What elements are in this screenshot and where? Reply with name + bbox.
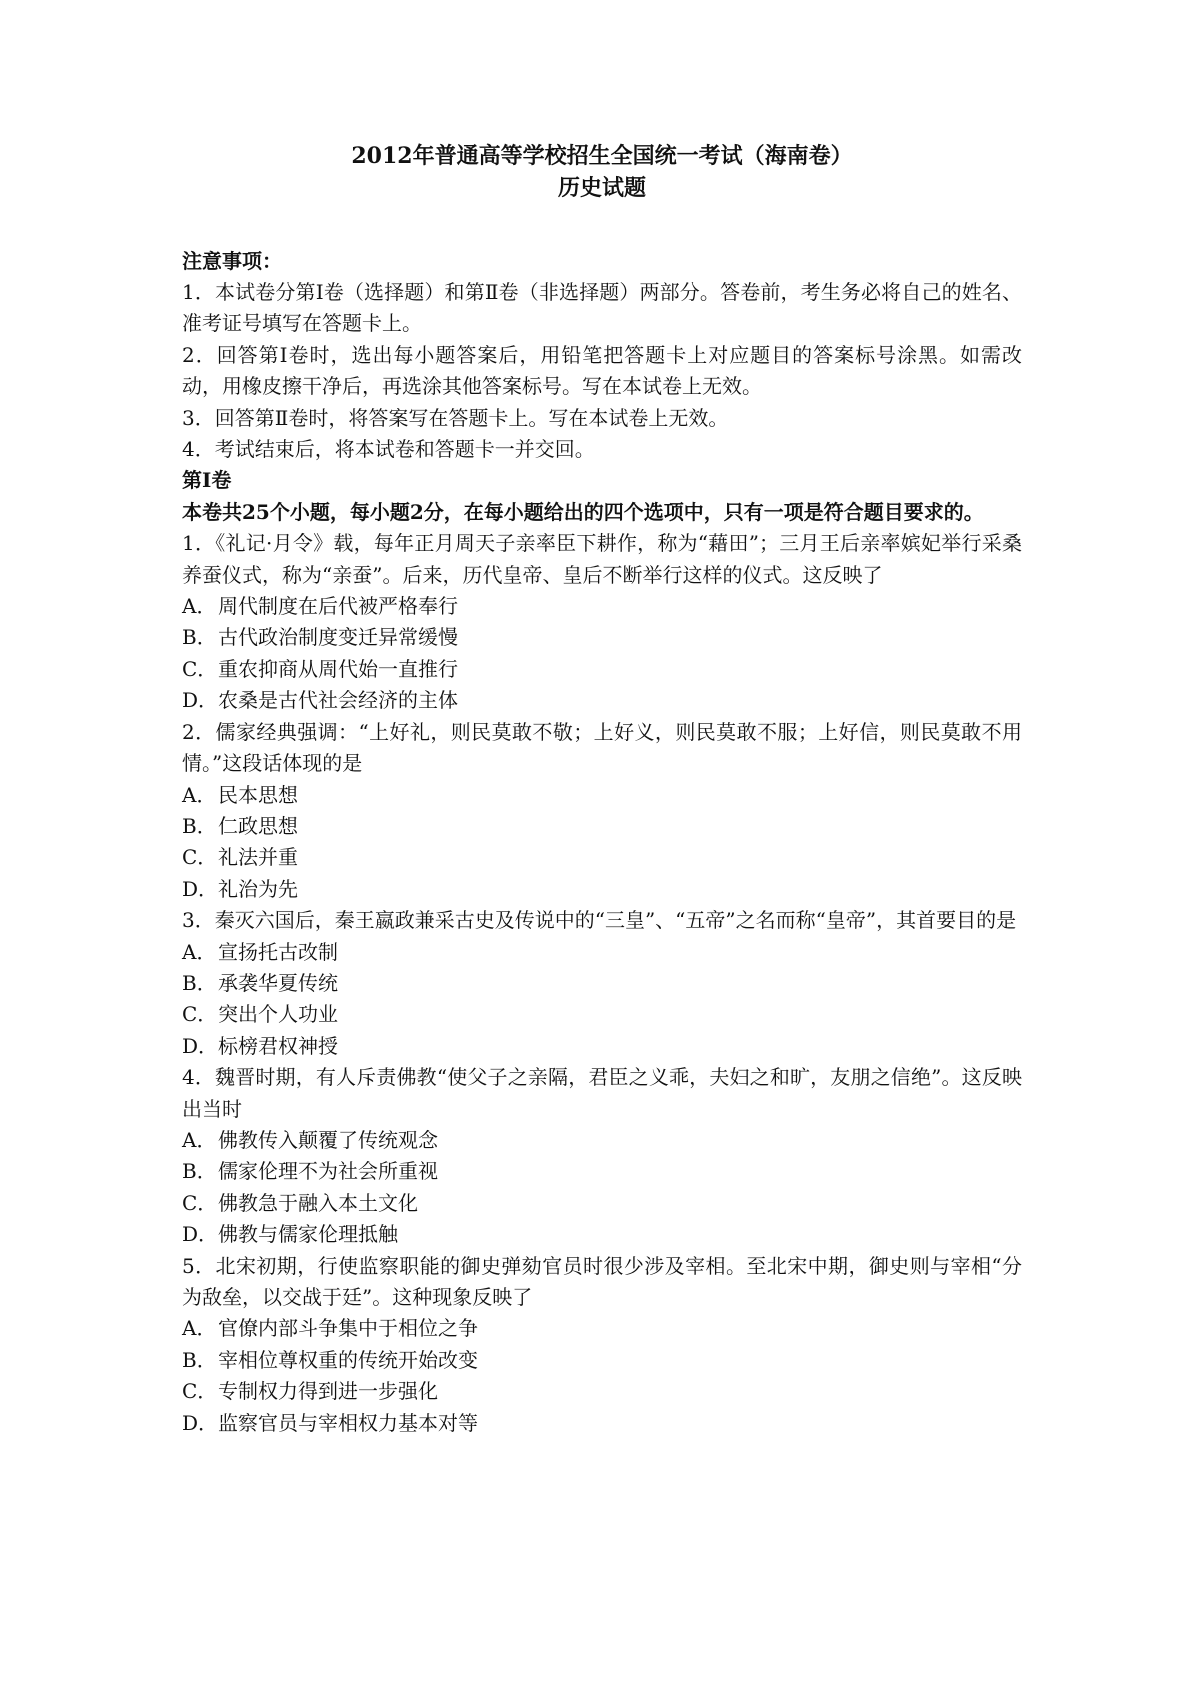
question-stem: 4．魏晋时期，有人斥责佛教“使父子之亲隔，君臣之义乖，夫妇之和旷，友朋之信绝”。… <box>182 1062 1022 1125</box>
option-text: 宰相位尊权重的传统开始改变 <box>218 1348 478 1372</box>
notice-item: 1．本试卷分第Ⅰ卷（选择题）和第Ⅱ卷（非选择题）两部分。答卷前，考生务必将自己的… <box>182 277 1022 340</box>
notice-item: 2．回答第Ⅰ卷时，选出每小题答案后，用铅笔把答题卡上对应题目的答案标号涂黑。如需… <box>182 340 1022 403</box>
exam-page: 2012年普通高等学校招生全国统一考试（海南卷） 历史试题 注意事项： 1．本试… <box>182 140 1022 1439</box>
title-block: 2012年普通高等学校招生全国统一考试（海南卷） 历史试题 <box>182 140 1022 204</box>
question-4: 4．魏晋时期，有人斥责佛教“使父子之亲隔，君臣之义乖，夫妇之和旷，友朋之信绝”。… <box>182 1062 1022 1250</box>
option-b: B．宰相位尊权重的传统开始改变 <box>182 1345 1022 1376</box>
question-stem: 1．《礼记·月令》载，每年正月周天子亲率臣下耕作，称为“藉田”；三月王后亲率嫔妃… <box>182 528 1022 591</box>
option-b: B．儒家伦理不为社会所重视 <box>182 1156 1022 1187</box>
option-text: 突出个人功业 <box>218 1002 338 1026</box>
section-instructions: 本卷共25个小题，每小题2分，在每小题给出的四个选项中，只有一项是符合题目要求的… <box>182 497 1022 528</box>
option-text: 官僚内部斗争集中于相位之争 <box>218 1316 478 1340</box>
option-letter: B． <box>182 622 218 653</box>
option-letter: C． <box>182 999 218 1030</box>
notice-list: 1．本试卷分第Ⅰ卷（选择题）和第Ⅱ卷（非选择题）两部分。答卷前，考生务必将自己的… <box>182 277 1022 465</box>
option-text: 重农抑商从周代始一直推行 <box>218 657 458 681</box>
option-text: 佛教传入颠覆了传统观念 <box>218 1128 438 1152</box>
option-letter: B． <box>182 1345 218 1376</box>
option-letter: A． <box>182 1125 218 1156</box>
option-d: D．标榜君权神授 <box>182 1031 1022 1062</box>
option-c: C．突出个人功业 <box>182 999 1022 1030</box>
option-letter: D． <box>182 1408 218 1439</box>
option-b: B．承袭华夏传统 <box>182 968 1022 999</box>
option-letter: A． <box>182 780 218 811</box>
option-letter: D． <box>182 1219 218 1250</box>
question-3: 3．秦灭六国后，秦王嬴政兼采古史及传说中的“三皇”、“五帝”之名而称“皇帝”，其… <box>182 905 1022 1062</box>
option-letter: B． <box>182 1156 218 1187</box>
option-letter: C． <box>182 1188 218 1219</box>
option-letter: A． <box>182 1313 218 1344</box>
option-text: 儒家伦理不为社会所重视 <box>218 1159 438 1183</box>
option-text: 承袭华夏传统 <box>218 971 338 995</box>
option-text: 宣扬托古改制 <box>218 940 338 964</box>
option-letter: C． <box>182 1376 218 1407</box>
option-letter: D． <box>182 874 218 905</box>
question-stem: 2．儒家经典强调：“上好礼，则民莫敢不敬；上好义，则民莫敢不服；上好信，则民莫敢… <box>182 717 1022 780</box>
option-a: A．宣扬托古改制 <box>182 937 1022 968</box>
option-c: C．礼法并重 <box>182 842 1022 873</box>
option-letter: D． <box>182 685 218 716</box>
question-stem: 3．秦灭六国后，秦王嬴政兼采古史及传说中的“三皇”、“五帝”之名而称“皇帝”，其… <box>182 905 1022 936</box>
notice-item: 4．考试结束后，将本试卷和答题卡一并交回。 <box>182 434 1022 465</box>
option-letter: B． <box>182 811 218 842</box>
question-2: 2．儒家经典强调：“上好礼，则民莫敢不敬；上好义，则民莫敢不服；上好信，则民莫敢… <box>182 717 1022 905</box>
option-d: D．监察官员与宰相权力基本对等 <box>182 1408 1022 1439</box>
option-a: A．周代制度在后代被严格奉行 <box>182 591 1022 622</box>
option-text: 农桑是古代社会经济的主体 <box>218 688 458 712</box>
option-letter: C． <box>182 654 218 685</box>
option-text: 佛教与儒家伦理抵触 <box>218 1222 398 1246</box>
option-text: 标榜君权神授 <box>218 1034 338 1058</box>
option-letter: C． <box>182 842 218 873</box>
option-d: D．佛教与儒家伦理抵触 <box>182 1219 1022 1250</box>
question-5: 5．北宋初期，行使监察职能的御史弹劾官员时很少涉及宰相。至北宋中期，御史则与宰相… <box>182 1251 1022 1439</box>
option-a: A．官僚内部斗争集中于相位之争 <box>182 1313 1022 1344</box>
option-a: A．民本思想 <box>182 780 1022 811</box>
exam-title: 2012年普通高等学校招生全国统一考试（海南卷） <box>182 140 1022 172</box>
option-d: D．礼治为先 <box>182 874 1022 905</box>
option-text: 监察官员与宰相权力基本对等 <box>218 1411 478 1435</box>
option-text: 仁政思想 <box>218 814 298 838</box>
option-text: 古代政治制度变迁异常缓慢 <box>218 625 458 649</box>
option-letter: A． <box>182 591 218 622</box>
notice-heading: 注意事项： <box>182 246 1022 277</box>
option-a: A．佛教传入颠覆了传统观念 <box>182 1125 1022 1156</box>
exam-subtitle: 历史试题 <box>182 172 1022 204</box>
option-letter: B． <box>182 968 218 999</box>
option-text: 佛教急于融入本土文化 <box>218 1191 418 1215</box>
question-1: 1．《礼记·月令》载，每年正月周天子亲率臣下耕作，称为“藉田”；三月王后亲率嫔妃… <box>182 528 1022 716</box>
option-c: C．佛教急于融入本土文化 <box>182 1188 1022 1219</box>
option-b: B．仁政思想 <box>182 811 1022 842</box>
option-letter: D． <box>182 1031 218 1062</box>
option-text: 礼法并重 <box>218 845 298 869</box>
option-b: B．古代政治制度变迁异常缓慢 <box>182 622 1022 653</box>
option-text: 礼治为先 <box>218 877 298 901</box>
option-text: 民本思想 <box>218 783 298 807</box>
option-text: 专制权力得到进一步强化 <box>218 1379 438 1403</box>
option-c: C．重农抑商从周代始一直推行 <box>182 654 1022 685</box>
option-c: C．专制权力得到进一步强化 <box>182 1376 1022 1407</box>
option-d: D．农桑是古代社会经济的主体 <box>182 685 1022 716</box>
notice-item: 3．回答第Ⅱ卷时，将答案写在答题卡上。写在本试卷上无效。 <box>182 403 1022 434</box>
question-stem: 5．北宋初期，行使监察职能的御史弹劾官员时很少涉及宰相。至北宋中期，御史则与宰相… <box>182 1251 1022 1314</box>
section-heading: 第Ⅰ卷 <box>182 465 1022 496</box>
option-text: 周代制度在后代被严格奉行 <box>218 594 458 618</box>
option-letter: A． <box>182 937 218 968</box>
